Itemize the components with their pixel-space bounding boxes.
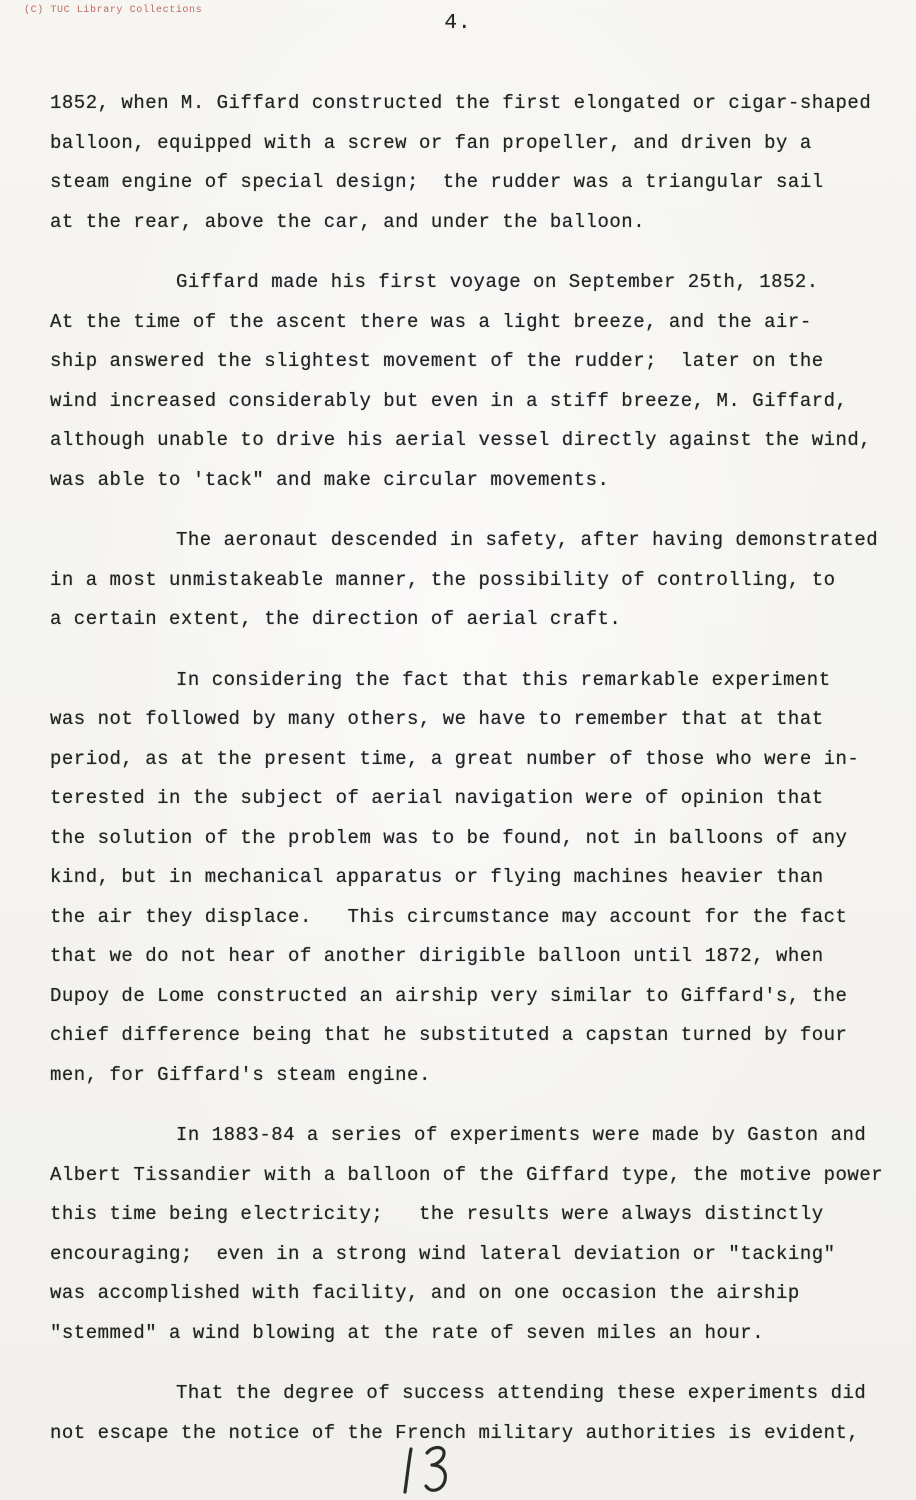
text-line: wind increased considerably but even in … (50, 382, 910, 422)
page-number: 4. (0, 12, 916, 35)
text-line: The aeronaut descended in safety, after … (50, 521, 910, 561)
text-line: not escape the notice of the French mili… (50, 1414, 910, 1454)
paragraph: The aeronaut descended in safety, after … (50, 521, 910, 640)
text-line: in a most unmistakeable manner, the poss… (50, 561, 910, 601)
text-line: "stemmed" a wind blowing at the rate of … (50, 1314, 910, 1354)
text-line: was not followed by many others, we have… (50, 700, 910, 740)
text-line: this time being electricity; the results… (50, 1195, 910, 1235)
text-line: was able to 'tack" and make circular mov… (50, 461, 910, 501)
paragraph: 1852, when M. Giffard constructed the fi… (50, 84, 910, 242)
paragraph: In considering the fact that this remark… (50, 661, 910, 1096)
text-line: was accomplished with facility, and on o… (50, 1274, 910, 1314)
text-line: at the rear, above the car, and under th… (50, 203, 910, 243)
paragraph: In 1883-84 a series of experiments were … (50, 1116, 910, 1353)
text-line: balloon, equipped with a screw or fan pr… (50, 124, 910, 164)
text-line: the air they displace. This circumstance… (50, 898, 910, 938)
text-line: although unable to drive his aerial vess… (50, 421, 910, 461)
paragraph: Giffard made his first voyage on Septemb… (50, 263, 910, 500)
text-line: kind, but in mechanical apparatus or fly… (50, 858, 910, 898)
text-line: In considering the fact that this remark… (50, 661, 910, 701)
paragraph: That the degree of success attending the… (50, 1374, 910, 1453)
text-line: Dupoy de Lome constructed an airship ver… (50, 977, 910, 1017)
text-line: Giffard made his first voyage on Septemb… (50, 263, 910, 303)
text-line: At the time of the ascent there was a li… (50, 303, 910, 343)
text-line: a certain extent, the direction of aeria… (50, 600, 910, 640)
text-line: 1852, when M. Giffard constructed the fi… (50, 84, 910, 124)
text-line: period, as at the present time, a great … (50, 740, 910, 780)
text-line: ship answered the slightest movement of … (50, 342, 910, 382)
text-line: In 1883-84 a series of experiments were … (50, 1116, 910, 1156)
text-line: steam engine of special design; the rudd… (50, 163, 910, 203)
text-line: chief difference being that he substitut… (50, 1016, 910, 1056)
text-line: that we do not hear of another dirigible… (50, 937, 910, 977)
text-line: terested in the subject of aerial naviga… (50, 779, 910, 819)
text-line: men, for Giffard's steam engine. (50, 1056, 910, 1096)
handwritten-page-number (394, 1442, 458, 1500)
text-line: the solution of the problem was to be fo… (50, 819, 910, 859)
text-line: That the degree of success attending the… (50, 1374, 910, 1414)
text-line: Albert Tissandier with a balloon of the … (50, 1156, 910, 1196)
document-body: 1852, when M. Giffard constructed the fi… (50, 84, 910, 1453)
text-line: encouraging; even in a strong wind later… (50, 1235, 910, 1275)
scanned-document-page: (C) TUC Library Collections 4. 1852, whe… (0, 0, 916, 1500)
